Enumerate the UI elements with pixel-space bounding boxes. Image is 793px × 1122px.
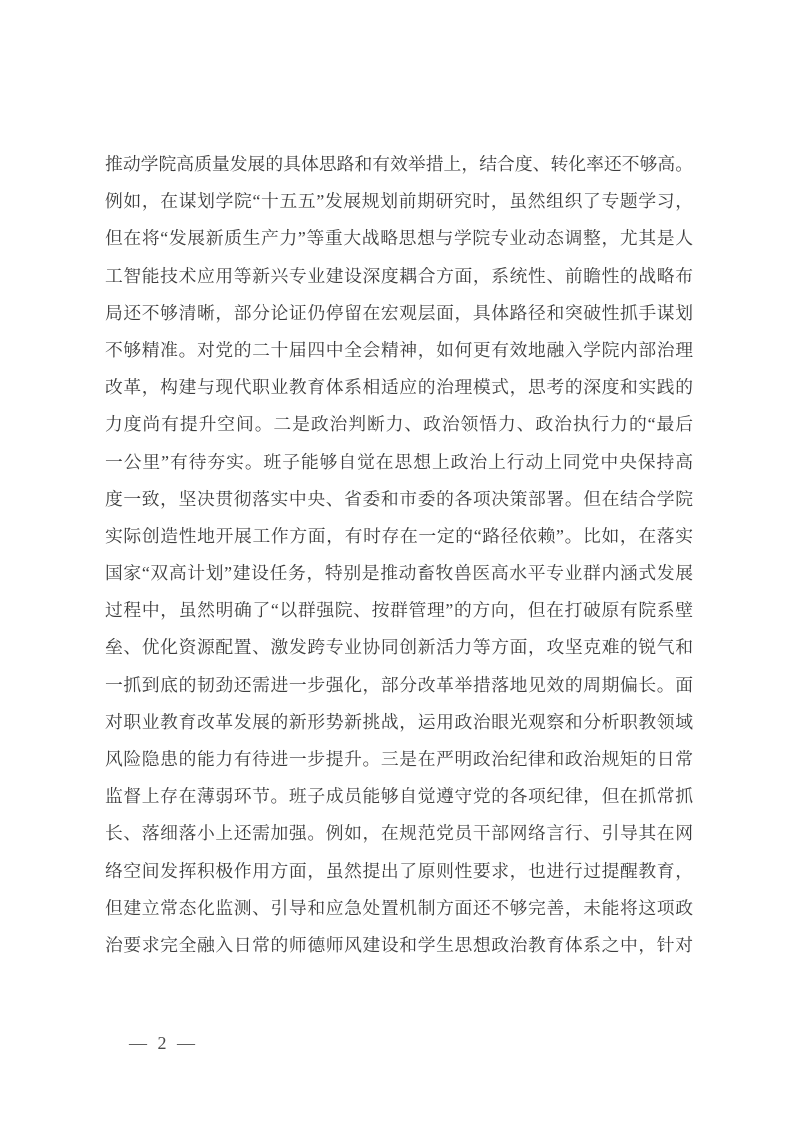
body-text-line: 监督上存在薄弱环节。班子成员能够自觉遵守党的各项纪律，但在抓常抓 [105, 778, 693, 815]
page-number: — 2 — [129, 1033, 198, 1053]
body-text-line: 实际创造性地开展工作方面，有时存在一定的“路径依赖”。比如，在落实 [105, 518, 693, 555]
body-text-line: 不够精准。对党的二十届四中全会精神，如何更有效地融入学院内部治理 [105, 332, 693, 369]
page-footer: — 2 — [129, 1030, 198, 1056]
body-text-line: 局还不够清晰，部分论证仍停留在宏观层面，具体路径和突破性抓手谋划 [105, 295, 693, 332]
body-text-line: 度一致，坚决贯彻落实中央、省委和市委的各项决策部署。但在结合学院 [105, 481, 693, 518]
body-text-line: 过程中，虽然明确了“以群强院、按群管理”的方向，但在打破原有院系壁 [105, 592, 693, 629]
body-text-line: 改革，构建与现代职业教育体系相适应的治理模式，思考的深度和实践的 [105, 369, 693, 406]
body-text-line: 络空间发挥积极作用方面，虽然提出了原则性要求，也进行过提醒教育， [105, 853, 693, 890]
body-text-line: 一公里”有待夯实。班子能够自觉在思想上政治上行动上同党中央保持高 [105, 444, 693, 481]
body-text-line: 对职业教育改革发展的新形势新挑战，运用政治眼光观察和分析职教领域 [105, 704, 693, 741]
body-text-line: 风险隐患的能力有待进一步提升。三是在严明政治纪律和政治规矩的日常 [105, 741, 693, 778]
body-text-line: 长、落细落小上还需加强。例如，在规范党员干部网络言行、引导其在网 [105, 815, 693, 852]
body-text-line: 一抓到底的韧劲还需进一步强化，部分改革举措落地见效的周期偏长。面 [105, 667, 693, 704]
body-text-line: 但在将“发展新质生产力”等重大战略思想与学院专业动态调整，尤其是人 [105, 220, 693, 257]
body-text-line: 例如，在谋划学院“十五五”发展规划前期研究时，虽然组织了专题学习， [105, 183, 693, 220]
document-page: 推动学院高质量发展的具体思路和有效举措上，结合度、转化率还不够高。 例如，在谋划… [0, 0, 793, 1122]
body-text-line: 推动学院高质量发展的具体思路和有效举措上，结合度、转化率还不够高。 [105, 146, 693, 183]
body-text-line: 工智能技术应用等新兴专业建设深度耦合方面，系统性、前瞻性的战略布 [105, 258, 693, 295]
body-text-line: 治要求完全融入日常的师德师风建设和学生思想政治教育体系之中，针对 [105, 927, 693, 964]
body-text: 推动学院高质量发展的具体思路和有效举措上，结合度、转化率还不够高。 例如，在谋划… [105, 146, 693, 964]
body-text-line: 国家“双高计划”建设任务，特别是推动畜牧兽医高水平专业群内涵式发展 [105, 555, 693, 592]
body-text-line: 但建立常态化监测、引导和应急处置机制方面还不够完善，未能将这项政 [105, 890, 693, 927]
body-text-line: 垒、优化资源配置、激发跨专业协同创新活力等方面，攻坚克难的锐气和 [105, 629, 693, 666]
body-text-line: 力度尚有提升空间。二是政治判断力、政治领悟力、政治执行力的“最后 [105, 406, 693, 443]
